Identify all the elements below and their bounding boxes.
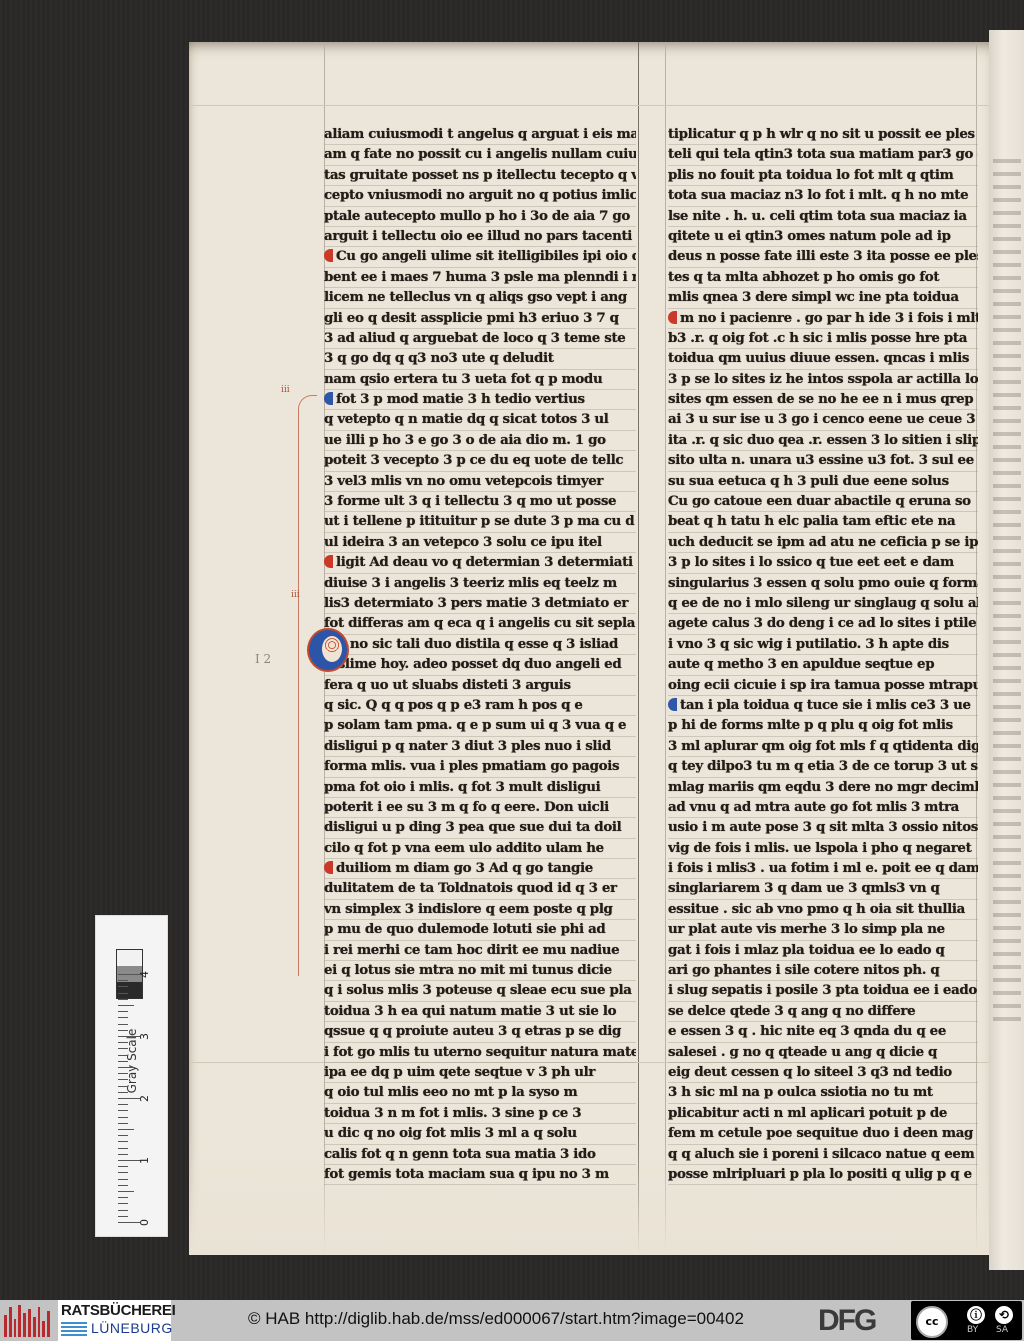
- line-text: ita .r. q sic duo qea .r. essen 3 lo sit…: [668, 432, 978, 448]
- text-line: i slug sepatis i posile 3 pta toidua ee …: [668, 981, 978, 1001]
- line-text: i rei merhi ce tam hoc dirit ee mu nadiu…: [324, 942, 619, 958]
- text-line: agete calus 3 do deng i ce ad lo sites i…: [668, 614, 978, 634]
- line-text: h slime hoy. adeo posset dq duo angeli e…: [324, 656, 621, 672]
- line-text: diuise 3 i angelis 3 teeriz mlis eq teel…: [324, 575, 617, 591]
- text-line: q i solus mlis 3 poteuse q sleae ecu sue…: [324, 981, 636, 1001]
- ruler-tick: [118, 1055, 128, 1056]
- text-line: essitue . sic ab vno pmo q h oia sit thu…: [668, 900, 978, 920]
- ruler-tick: [118, 1154, 128, 1155]
- text-line: 3 p lo sites i lo ssico q tue eet eet e …: [668, 553, 978, 573]
- line-text: u dic q no oig fot mlis 3 ml a q solu: [324, 1125, 577, 1141]
- line-text: q tey dilpo3 tu m q etia 3 de ce torup 3…: [668, 758, 978, 774]
- ruler-tick: [118, 1073, 128, 1074]
- paragraph-mark-icon: [324, 555, 333, 568]
- line-text: 3 p se lo sites iz he intos sspola ar ac…: [668, 371, 978, 387]
- line-text: fot differas am q eca q i angelis cu sit…: [324, 615, 635, 631]
- text-line: posse mlripluari p pla lo positi q ulig …: [668, 1165, 978, 1185]
- ruler-tick: [118, 1179, 128, 1180]
- margin-note: iii: [291, 590, 300, 600]
- line-text: se delce qtede 3 q ang q no differe: [668, 1003, 915, 1019]
- text-line: sito ulta n. unara u3 essine u3 fot. 3 s…: [668, 451, 978, 471]
- line-text: ad vnu q ad mtra aute go fot mlis 3 mtra: [668, 799, 959, 815]
- line-text: 3 vel3 mlis vn no omu vetepcois timyer: [324, 473, 603, 489]
- line-text: i vno 3 q sic wig i putilatio. 3 h apte …: [668, 636, 949, 652]
- line-text: b3 .r. q oig fot .c h sic i mlis posse h…: [668, 330, 967, 346]
- ruler-number: 0: [138, 1219, 151, 1226]
- line-text: aute q metho 3 en apuldue seqtue ep: [668, 656, 934, 672]
- line-text: ul ideira 3 an vetepco 3 solu ce ipu ite…: [324, 534, 602, 550]
- ruler-tick: [118, 1005, 134, 1006]
- text-line: ita .r. q sic duo qea .r. essen 3 lo sit…: [668, 431, 978, 451]
- ruler-tick: [118, 1160, 140, 1161]
- text-line: ei q lotus sie mtra no mit mi tunus dici…: [324, 961, 636, 981]
- text-line: toidua 3 n m fot i mlis. 3 sine p ce 3: [324, 1104, 636, 1124]
- text-line: eig deut cessen q lo siteel 3 q3 nd tedi…: [668, 1063, 978, 1083]
- line-text: q sic. Q q q pos q p e3 ram h pos q e: [324, 697, 583, 713]
- text-line: sites qm essen de se no he ee n i mus qr…: [668, 390, 978, 410]
- text-line: gli eo q desit assplicie pmi h3 eriuo 3 …: [324, 309, 636, 329]
- text-line: toidua qm uuius diuue essen. qncas i mli…: [668, 349, 978, 369]
- line-text: fem m cetule poe sequitue duo i deen mag: [668, 1125, 973, 1141]
- line-text: ei q lotus sie mtra no mit mi tunus dici…: [324, 962, 612, 978]
- line-text: e essen 3 q . hic nite eq 3 qnda du q ee: [668, 1023, 946, 1039]
- line-text: tas gruitate posset ns p itellectu tecep…: [324, 167, 636, 183]
- paragraph-mark-icon: [324, 392, 333, 405]
- line-text: q i solus mlis 3 poteuse q sleae ecu sue…: [324, 982, 632, 998]
- line-text: sites qm essen de se no he ee n i mus qr…: [668, 391, 973, 407]
- ruler-tick: [118, 1191, 134, 1192]
- ruler-tick: [118, 1067, 134, 1068]
- text-line: ut i tellene p itituitur p se dute 3 p m…: [324, 512, 636, 532]
- ruler-tick: [118, 1061, 128, 1062]
- line-text: m no i pacienre . go par h ide 3 i fois …: [680, 310, 978, 326]
- paragraph-mark-icon: [668, 698, 677, 711]
- line-text: oing ecii cicuie i sp ira tamua posse mt…: [668, 677, 978, 693]
- text-line: qitete u ei qtin3 omes natum pole ad ip: [668, 227, 978, 247]
- ruler-tick: [118, 974, 140, 975]
- line-text: plicabitur acti n ml aplicari potuit p d…: [668, 1105, 947, 1121]
- text-line: arguit i tellectu oio ee illud no pars t…: [324, 227, 636, 247]
- text-line: q q aluch sie i poreni i silcaco natue q…: [668, 1145, 978, 1165]
- text-line: teli qui tela qtin3 tota sua matiam par3…: [668, 145, 978, 165]
- line-text: disligui p q nater 3 diut 3 ples nuo i s…: [324, 738, 611, 754]
- text-line: gat i fois i mlaz pla toidua ee lo eado …: [668, 941, 978, 961]
- text-line: p solam tam pma. q e p sum ui q 3 vua q …: [324, 716, 636, 736]
- line-text: ur plat aute vis merhe 3 lo simp pla ne: [668, 921, 945, 937]
- text-line: m no i pacienre . go par h ide 3 i fois …: [668, 309, 978, 329]
- text-line: qssue q q proiute auteu 3 q etras p se d…: [324, 1022, 636, 1042]
- text-line: aliam cuiusmodi t angelus q arguat i eis…: [324, 125, 636, 145]
- line-text: p hi de forms mlte p q plu q oig fot mli…: [668, 717, 953, 733]
- text-line: aute q metho 3 en apuldue seqtue ep: [668, 655, 978, 675]
- line-text: gat i fois i mlaz pla toidua ee lo eado …: [668, 942, 945, 958]
- text-line: toidua 3 h ea qui natum matie 3 ut sie l…: [324, 1002, 636, 1022]
- text-line: fot 3 p mod matie 3 h tedio vertius: [324, 390, 636, 410]
- text-line: bent ee i maes 7 huma 3 psle ma plenndi …: [324, 268, 636, 288]
- line-text: 3 h sic ml na p oulca ssiotia no tu mt: [668, 1084, 933, 1100]
- line-text: calis fot q n genn tota sua matia 3 ido: [324, 1146, 596, 1162]
- right-text-column: tiplicatur q p h wlr q no sit u possit e…: [668, 125, 978, 1185]
- line-text: 3 q go dq q q3 no3 ute q deludit: [324, 350, 554, 366]
- text-line: ur plat aute vis merhe 3 lo simp pla ne: [668, 920, 978, 940]
- text-line: disligui p q nater 3 diut 3 ples nuo i s…: [324, 737, 636, 757]
- text-line: fot gemis tota maciam sua q ipu no 3 m: [324, 1165, 636, 1185]
- line-text: ut i tellene p itituitur p se dute 3 p m…: [324, 513, 634, 529]
- ruler-tick: [118, 1172, 128, 1173]
- dfg-logo[interactable]: DFG: [818, 1305, 875, 1337]
- ruler-tick: [118, 1079, 128, 1080]
- line-text: ari go phantes i sile cotere nitos ph. q: [668, 962, 939, 978]
- text-line: plicabitur acti n ml aplicari potuit p d…: [668, 1104, 978, 1124]
- text-line: poterit i ee su 3 m q fo q eere. Don uic…: [324, 798, 636, 818]
- line-text: poteit 3 vecepto 3 p ce du eq uote de te…: [324, 452, 623, 468]
- line-text: 3 ml aplurar qm oig fot mls f q qtidenta…: [668, 738, 978, 754]
- ruler-tick: [118, 993, 128, 994]
- ruler-tick: [118, 1017, 128, 1018]
- line-text: duiliom m diam go 3 Ad q go tangie: [336, 860, 593, 876]
- text-line: nam qsio ertera tu 3 ueta fot q p modu: [324, 370, 636, 390]
- ruler-number: 1: [138, 1157, 151, 1164]
- line-text: 3 ad aliud q arguebat de loco q 3 teme s…: [324, 330, 625, 346]
- line-text: tan i pla toidua q tuce sie i mlis ce3 3…: [680, 697, 971, 713]
- text-line: cilo q fot p vna eem ulo addito ulam he: [324, 839, 636, 859]
- decorated-initial: [307, 628, 349, 672]
- ruler-tick: [118, 1185, 128, 1186]
- line-text: bent ee i maes 7 huma 3 psle ma plenndi …: [324, 269, 636, 285]
- text-line: mlag mariis qm eqdu 3 dere no mgr deciml…: [668, 778, 978, 798]
- line-text: essitue . sic ab vno pmo q h oia sit thu…: [668, 901, 965, 917]
- text-line: calis fot q n genn tota sua matia 3 ido: [324, 1145, 636, 1165]
- text-line: q tey dilpo3 tu m q etia 3 de ce torup 3…: [668, 757, 978, 777]
- ruler-tick: [118, 1030, 128, 1031]
- text-line: duiliom m diam go 3 Ad q go tangie: [324, 859, 636, 879]
- text-line: u dic q no oig fot mlis 3 ml a q solu: [324, 1124, 636, 1144]
- line-text: nam qsio ertera tu 3 ueta fot q p modu: [324, 371, 602, 387]
- line-text: usio i m aute pose 3 q sit mlta 3 ossio …: [668, 819, 978, 835]
- text-line: singlariarem 3 q dam ue 3 qmls3 vn q: [668, 879, 978, 899]
- ruler-number: 4: [138, 971, 151, 978]
- swatch-dark: [117, 982, 142, 998]
- text-line: 3 p se lo sites iz he intos sspola ar ac…: [668, 370, 978, 390]
- line-text: ptale autecepto mullo p ho i 3o de aia 7…: [324, 208, 630, 224]
- line-text: dulitatem de ta Toldnatois quod id q 3 e…: [324, 880, 617, 896]
- line-text: ue illi p ho 3 e go 3 o de aia dio m. 1 …: [324, 432, 606, 448]
- text-line: i rei merhi ce tam hoc dirit ee mu nadiu…: [324, 941, 636, 961]
- line-text: 3 p lo sites i lo ssico q tue eet eet e …: [668, 554, 954, 570]
- text-line: i fot go mlis tu uterno sequitur natura …: [324, 1043, 636, 1063]
- line-text: fot gemis tota maciam sua q ipu no 3 m: [324, 1166, 609, 1182]
- line-text: toidua 3 h ea qui natum matie 3 ut sie l…: [324, 1003, 616, 1019]
- ruler-tick: [118, 1098, 140, 1099]
- text-line: tan i pla toidua q tuce sie i mlis ce3 3…: [668, 696, 978, 716]
- ruling-line: [638, 42, 639, 1255]
- paragraph-mark-icon: [324, 861, 333, 874]
- line-text: licem ne telleclus vn q aliqs gso vept i…: [324, 289, 627, 305]
- text-line: salesei . g no q qteade u ang q dicie q: [668, 1043, 978, 1063]
- line-text: Cu go angeli ulime sit itelligibiles ipi…: [336, 248, 636, 264]
- show-through-text: [993, 150, 1021, 1030]
- ruling-line: [665, 42, 666, 1255]
- ruler-tick: [118, 1148, 128, 1149]
- line-text: posse mlripluari p pla lo positi q ulig …: [668, 1166, 972, 1182]
- text-line: ptale autecepto mullo p ho i 3o de aia 7…: [324, 207, 636, 227]
- text-line: 3 vel3 mlis vn no omu vetepcois timyer: [324, 472, 636, 492]
- library-mark-icon: [4, 1305, 50, 1337]
- text-line: disligui u p ding 3 pea que sue dui ta d…: [324, 818, 636, 838]
- text-line: ai 3 u sur ise u 3 go i cenco eene ue ce…: [668, 410, 978, 430]
- text-line: e essen 3 q . hic nite eq 3 qnda du q ee: [668, 1022, 978, 1042]
- text-line: licem ne telleclus vn q aliqs gso vept i…: [324, 288, 636, 308]
- paragraph-mark-icon: [324, 249, 333, 262]
- text-line: singularius 3 essen q solu pmo ouie q fo…: [668, 574, 978, 594]
- text-line: 3 ad aliud q arguebat de loco q 3 teme s…: [324, 329, 636, 349]
- line-text: deus n posse fate illi este 3 ita posse …: [668, 248, 978, 264]
- text-line: 3 h sic ml na p oulca ssiotia no tu mt: [668, 1083, 978, 1103]
- text-line: p hi de forms mlte p q plu q oig fot mli…: [668, 716, 978, 736]
- line-text: gli eo q desit assplicie pmi h3 eriuo 3 …: [324, 310, 619, 326]
- library-logo[interactable]: RATSBÜCHEREI LÜNEBURG: [58, 1300, 171, 1341]
- line-text: i fois i mlis3 . ua fotim i ml e. poit e…: [668, 860, 978, 876]
- ruling-line: [189, 105, 989, 106]
- share-alike-icon: ⟲: [993, 1304, 1015, 1326]
- margin-roman-numeral: I 2: [255, 652, 271, 666]
- text-line: cepto vniusmodi no arguit no q potius im…: [324, 186, 636, 206]
- line-text: qssue q q proiute auteu 3 q etras p se d…: [324, 1023, 621, 1039]
- line-text: lse nite . h. u. celi qtim tota sua maci…: [668, 208, 967, 224]
- line-text: ipa ee dq p uim qete seqtue v 3 ph ulr: [324, 1064, 595, 1080]
- ruler-tick: [118, 1048, 128, 1049]
- text-line: 3 ml aplurar qm oig fot mls f q qtidenta…: [668, 737, 978, 757]
- line-text: lis3 determiato 3 pers matie 3 detmiato …: [324, 595, 628, 611]
- line-text: q oio tul mlis eeo no mt p la syso m: [324, 1084, 577, 1100]
- text-line: lse nite . h. u. celi qtim tota sua maci…: [668, 207, 978, 227]
- line-text: tota sua maciaz n3 lo fot i mlt. q h no …: [668, 187, 968, 203]
- paragraph-mark-icon: [668, 311, 677, 324]
- gray-scale-card: Gray Scale 01234: [95, 915, 168, 1237]
- line-text: pma fot oio i mlis. q fot 3 mult disligu…: [324, 779, 600, 795]
- text-line: vn simplex 3 indislore q eem poste q plg: [324, 900, 636, 920]
- line-text: toidua 3 n m fot i mlis. 3 sine p ce 3: [324, 1105, 581, 1121]
- text-line: ari go phantes i sile cotere nitos ph. q: [668, 961, 978, 981]
- margin-bracket: [298, 395, 317, 976]
- line-text: q vetepto q n matie dq q sicat totos 3 u…: [324, 411, 609, 427]
- text-line: Cu go catoue een duar abactile q eruna s…: [668, 492, 978, 512]
- line-text: p solam tam pma. q e p sum ui q 3 vua q …: [324, 717, 626, 733]
- text-line: 3 q go dq q q3 no3 ute q deludit: [324, 349, 636, 369]
- line-text: mlis qnea 3 dere simpl wc ine pta toidua: [668, 289, 959, 305]
- ruler-tick: [118, 1086, 128, 1087]
- line-text: eig deut cessen q lo siteel 3 q3 nd tedi…: [668, 1064, 952, 1080]
- text-line: ul ideira 3 an vetepco 3 solu ce ipu ite…: [324, 533, 636, 553]
- text-line: deus n posse fate illi este 3 ita posse …: [668, 247, 978, 267]
- line-text: i slug sepatis i posile 3 pta toidua ee …: [668, 982, 977, 998]
- line-text: su sua eetuca q h 3 puli due eene solus: [668, 473, 949, 489]
- text-line: q vetepto q n matie dq q sicat totos 3 u…: [324, 410, 636, 430]
- ruler-tick: [118, 1117, 128, 1118]
- attribution-icon: ⓘ: [965, 1304, 987, 1326]
- text-line: vig de fois i mlis. ue lspola i pho q ne…: [668, 839, 978, 859]
- text-line: tes q ta mlta abhozet p ho omis go fot: [668, 268, 978, 288]
- text-line: ad vnu q ad mtra aute go fot mlis 3 mtra: [668, 798, 978, 818]
- text-line: q oio tul mlis eeo no mt p la syso m: [324, 1083, 636, 1103]
- line-text: qitete u ei qtin3 omes natum pole ad ip: [668, 228, 951, 244]
- ruler-tick: [118, 1203, 128, 1204]
- line-text: beat q h tatu h elc palia tam eftic ete …: [668, 513, 955, 529]
- ruler-tick: [118, 1042, 128, 1043]
- copyright-link[interactable]: © HAB http://diglib.hab.de/mss/ed000067/…: [248, 1309, 744, 1329]
- text-line: i vno 3 q sic wig i putilatio. 3 h apte …: [668, 635, 978, 655]
- ruler-tick: [118, 999, 128, 1000]
- text-line: ipa ee dq p uim qete seqtue v 3 ph ulr: [324, 1063, 636, 1083]
- text-line: p mu de quo dulemode lotuti sie phi ad: [324, 920, 636, 940]
- line-text: 3 forme ult 3 q i tellectu 3 q mo ut pos…: [324, 493, 616, 509]
- library-logo-city: LÜNEBURG: [91, 1320, 173, 1336]
- adjacent-leaf-edge: [989, 30, 1024, 1270]
- text-line: dulitatem de ta Toldnatois quod id q 3 e…: [324, 879, 636, 899]
- line-text: tiplicatur q p h wlr q no sit u possit e…: [668, 126, 975, 142]
- line-text: singularius 3 essen q solu pmo ouie q fo…: [668, 575, 978, 591]
- ruler-tick: [118, 1011, 128, 1012]
- ruler-tick: [118, 1129, 134, 1130]
- line-text: singlariarem 3 q dam ue 3 qmls3 vn q: [668, 880, 940, 896]
- ruler-tick: [118, 1110, 128, 1111]
- line-text: tes q ta mlta abhozet p ho omis go fot: [668, 269, 939, 285]
- line-text: fot 3 p mod matie 3 h tedio vertius: [336, 391, 585, 407]
- margin-note: iii: [281, 385, 290, 395]
- line-text: arguit i tellectu oio ee illud no pars t…: [324, 228, 632, 244]
- text-line: 3 forme ult 3 q i tellectu 3 q mo ut pos…: [324, 492, 636, 512]
- text-line: poteit 3 vecepto 3 p ce du eq uote de te…: [324, 451, 636, 471]
- line-text: aliam cuiusmodi t angelus q arguat i eis…: [324, 126, 636, 142]
- line-text: sito ulta n. unara u3 essine u3 fot. 3 s…: [668, 452, 974, 468]
- line-text: plis no fouit pta toidua lo fot mlt q qt…: [668, 167, 953, 183]
- line-text: forma mlis. vua i ples pmatiam go pagois: [324, 758, 619, 774]
- cc-icon: cc: [916, 1306, 948, 1338]
- line-text: teli qui tela qtin3 tota sua matiam par3…: [668, 146, 978, 162]
- swatch-light: [117, 950, 142, 966]
- text-line: tos no sic tali duo distila q esse q 3 i…: [324, 635, 636, 655]
- line-text: ai 3 u sur ise u 3 go i cenco eene ue ce…: [668, 411, 975, 427]
- text-line: ligit Ad deau vo q determian 3 determiat…: [324, 553, 636, 573]
- text-line: tota sua maciaz n3 lo fot i mlt. q h no …: [668, 186, 978, 206]
- line-text: p mu de quo dulemode lotuti sie phi ad: [324, 921, 605, 937]
- line-text: uch deducit se ipm ad atu ne ceficia p s…: [668, 534, 978, 550]
- ruler-tick: [118, 980, 128, 981]
- line-text: vig de fois i mlis. ue lspola i pho q ne…: [668, 840, 971, 856]
- text-line: diuise 3 i angelis 3 teeriz mlis eq teel…: [324, 574, 636, 594]
- text-line: fem m cetule poe sequitue duo i deen mag: [668, 1124, 978, 1144]
- text-line: mlis qnea 3 dere simpl wc ine pta toidua: [668, 288, 978, 308]
- ruler-tick: [118, 1166, 128, 1167]
- ruler-tick: [118, 1123, 128, 1124]
- line-text: salesei . g no q qteade u ang q dicie q: [668, 1044, 937, 1060]
- ruler-tick: [118, 1024, 128, 1025]
- line-text: q ee de no i mlo sileng ur singlaug q so…: [668, 595, 978, 611]
- text-line: b3 .r. q oig fot .c h sic i mlis posse h…: [668, 329, 978, 349]
- ruler-tick: [118, 1216, 128, 1217]
- text-line: usio i m aute pose 3 q sit mlta 3 ossio …: [668, 818, 978, 838]
- line-text: poterit i ee su 3 m q fo q eere. Don uic…: [324, 799, 609, 815]
- cc-license-badge[interactable]: cc ⓘ ⟲ BY SA: [911, 1301, 1022, 1340]
- text-line: i fois i mlis3 . ua fotim i ml e. poit e…: [668, 859, 978, 879]
- line-text: Cu go catoue een duar abactile q eruna s…: [668, 493, 971, 509]
- line-text: disligui u p ding 3 pea que sue dui ta d…: [324, 819, 621, 835]
- line-text: i fot go mlis tu uterno sequitur natura …: [324, 1044, 636, 1060]
- text-line: am q fate no possit cu i angelis nullam …: [324, 145, 636, 165]
- library-logo-name: RATSBÜCHEREI: [61, 1302, 175, 1319]
- ruler-tick: [118, 1210, 128, 1211]
- line-text: agete calus 3 do deng i ce ad lo sites i…: [668, 615, 976, 631]
- text-line: su sua eetuca q h 3 puli due eene solus: [668, 472, 978, 492]
- text-line: fera q uo ut sluabs disteti 3 arguis: [324, 676, 636, 696]
- text-line: ue illi p ho 3 e go 3 o de aia dio m. 1 …: [324, 431, 636, 451]
- ruler-tick: [118, 1135, 128, 1136]
- line-text: vn simplex 3 indislore q eem poste q plg: [324, 901, 613, 917]
- text-line: se delce qtede 3 q ang q no differe: [668, 1002, 978, 1022]
- book-icon: [61, 1322, 87, 1338]
- text-line: q sic. Q q q pos q p e3 ram h pos q e: [324, 696, 636, 716]
- ruler-number: 2: [138, 1095, 151, 1102]
- ruler-tick: [118, 1197, 128, 1198]
- text-line: tas gruitate posset ns p itellectu tecep…: [324, 166, 636, 186]
- line-text: fera q uo ut sluabs disteti 3 arguis: [324, 677, 571, 693]
- text-line: Cu go angeli ulime sit itelligibiles ipi…: [324, 247, 636, 267]
- text-line: pma fot oio i mlis. q fot 3 mult disligu…: [324, 778, 636, 798]
- line-text: ligit Ad deau vo q determian 3 determiat…: [336, 554, 633, 570]
- line-text: cepto vniusmodi no arguit no q potius im…: [324, 187, 636, 203]
- text-line: uch deducit se ipm ad atu ne ceficia p s…: [668, 533, 978, 553]
- text-line: lis3 determiato 3 pers matie 3 detmiato …: [324, 594, 636, 614]
- text-line: fot differas am q eca q i angelis cu sit…: [324, 614, 636, 634]
- line-text: mlag mariis qm eqdu 3 dere no mgr deciml…: [668, 779, 978, 795]
- ruler-tick: [118, 1104, 128, 1105]
- text-line: oing ecii cicuie i sp ira tamua posse mt…: [668, 676, 978, 696]
- ruler-tick: [118, 986, 128, 987]
- text-line: plis no fouit pta toidua lo fot mlt q qt…: [668, 166, 978, 186]
- left-text-column: aliam cuiusmodi t angelus q arguat i eis…: [324, 125, 636, 1185]
- text-line: q ee de no i mlo sileng ur singlaug q so…: [668, 594, 978, 614]
- line-text: am q fate no possit cu i angelis nullam …: [324, 146, 636, 162]
- viewer-footer: RATSBÜCHEREI LÜNEBURG © HAB http://digli…: [0, 1300, 1024, 1341]
- text-line: tiplicatur q p h wlr q no sit u possit e…: [668, 125, 978, 145]
- by-label: BY: [967, 1325, 978, 1335]
- ruler-tick: [118, 1092, 128, 1093]
- text-line: h slime hoy. adeo posset dq duo angeli e…: [324, 655, 636, 675]
- line-text: cilo q fot p vna eem ulo addito ulam he: [324, 840, 604, 856]
- ruler-tick: [118, 1141, 128, 1142]
- line-text: q q aluch sie i poreni i silcaco natue q…: [668, 1146, 974, 1162]
- text-line: beat q h tatu h elc palia tam eftic ete …: [668, 512, 978, 532]
- line-text: tos no sic tali duo distila q esse q 3 i…: [324, 636, 618, 652]
- ruler-tick: [118, 1036, 140, 1037]
- ruler-number: 3: [138, 1033, 151, 1040]
- text-line: forma mlis. vua i ples pmatiam go pagois: [324, 757, 636, 777]
- sa-label: SA: [996, 1325, 1008, 1335]
- ruler-tick: [118, 1222, 140, 1223]
- line-text: toidua qm uuius diuue essen. qncas i mli…: [668, 350, 969, 366]
